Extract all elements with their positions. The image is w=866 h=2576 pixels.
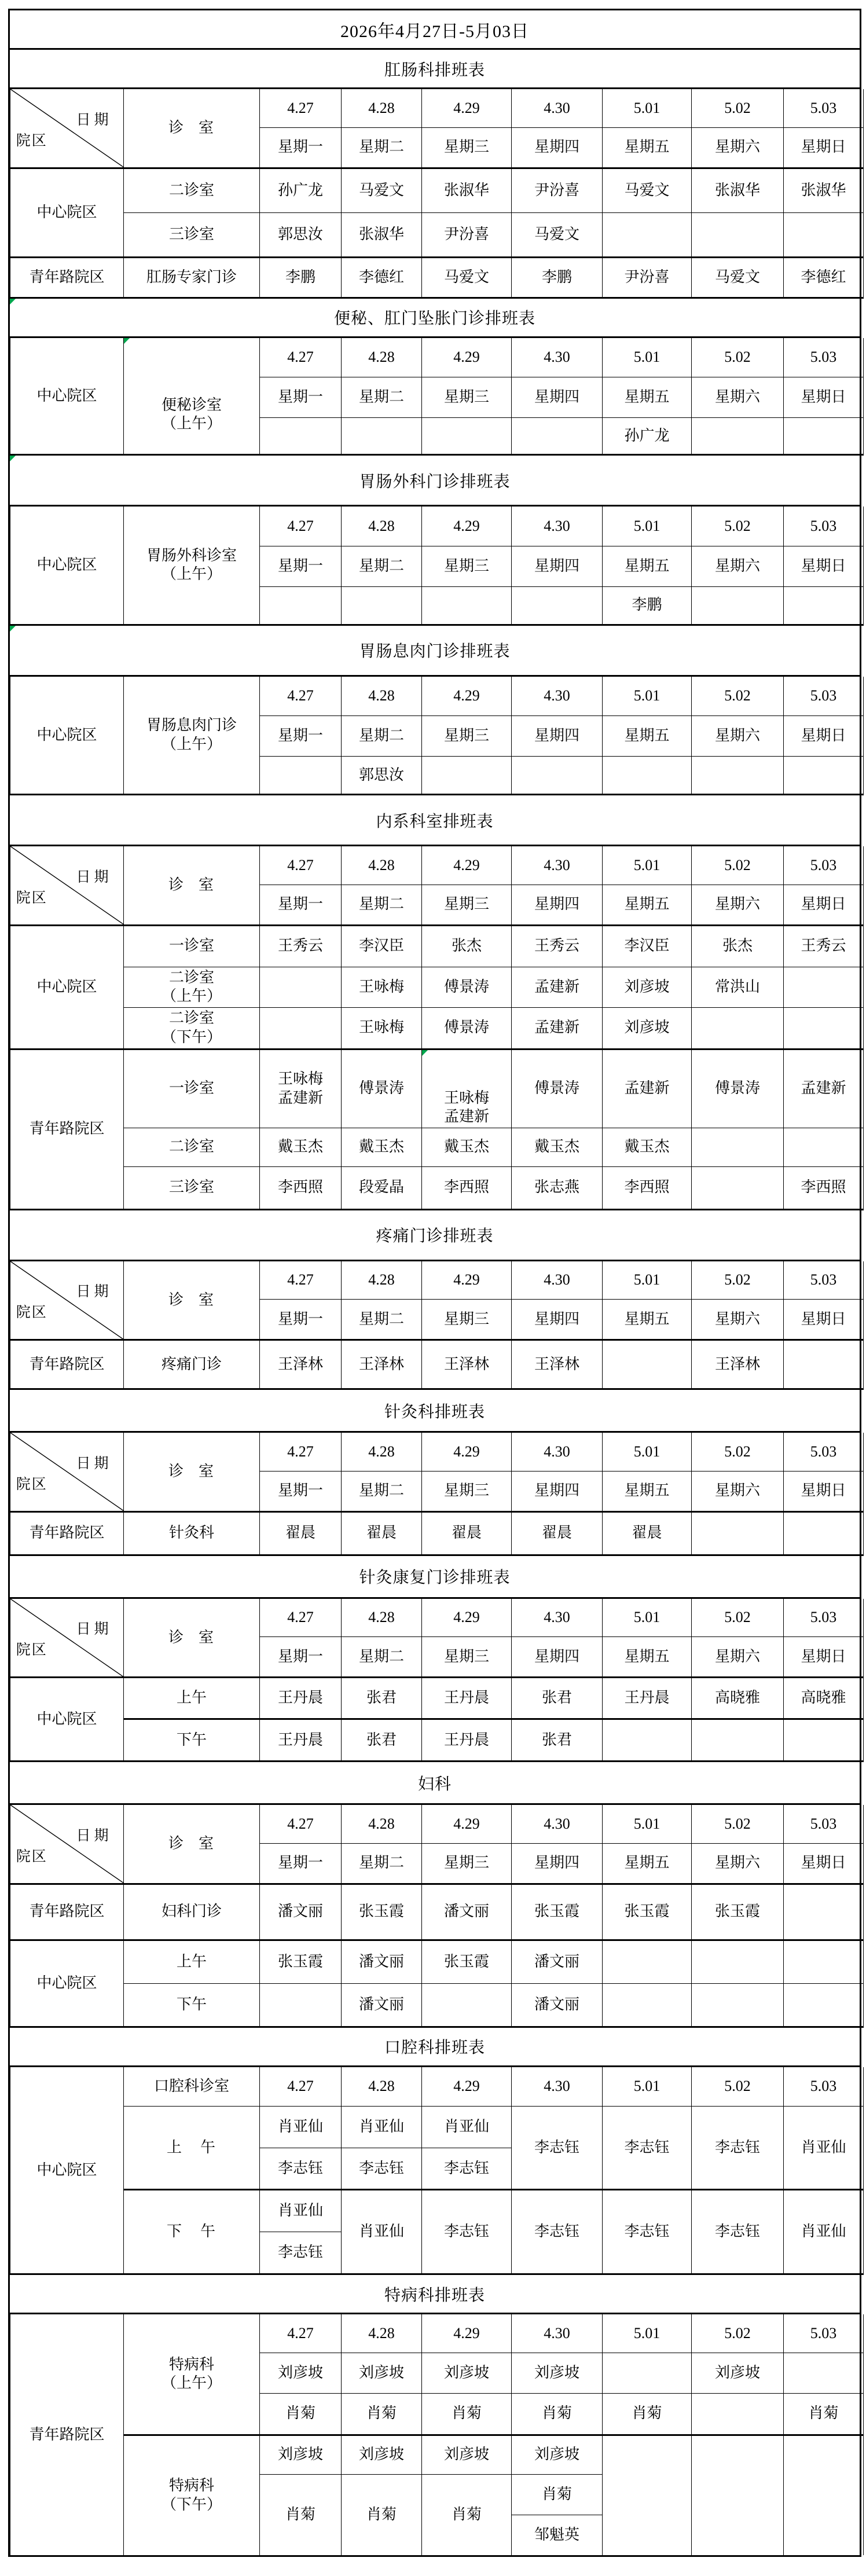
schedule-cell: 李汉臣 xyxy=(603,925,692,967)
schedule-cell xyxy=(784,1007,864,1049)
date-header-cell: 5.03 xyxy=(784,507,864,546)
schedule-cell: 刘彦坡 xyxy=(422,2435,512,2474)
weekday-header-cell: 星期六 xyxy=(692,1300,784,1340)
weekday-header-cell: 星期二 xyxy=(342,1471,422,1511)
schedule-cell: 王咏梅 xyxy=(342,967,422,1007)
date-header-cell: 4.28 xyxy=(342,89,422,127)
table-gi-polyp: 中心院区 胃肠息肉门诊 （上午） 4.27 4.28 4.29 4.30 5.0… xyxy=(10,677,864,796)
room-header: 诊室 xyxy=(124,89,260,168)
schedule-cell: 刘彦坡 xyxy=(603,1007,692,1049)
schedule-cell: 孟建新 xyxy=(784,1049,864,1128)
schedule-cell: 李鹏 xyxy=(260,257,342,298)
schedule-sheet: 2026年4月27日-5月03日 肛肠科排班表 日期 院区 诊室 4.27 4.… xyxy=(8,9,861,2557)
schedule-cell: 肖亚仙 xyxy=(784,2107,864,2190)
date-header-cell: 4.29 xyxy=(422,338,512,377)
date-header-cell: 4.28 xyxy=(342,677,422,716)
schedule-cell: 王咏梅 孟建新 xyxy=(422,1049,512,1128)
campus-date-diagonal-cell: 日期 院区 xyxy=(10,1805,124,1884)
schedule-cell xyxy=(603,757,692,795)
weekday-header-cell: 星期五 xyxy=(603,1843,692,1884)
schedule-cell: 张淑华 xyxy=(784,168,864,212)
weekday-header-cell: 星期二 xyxy=(342,377,422,418)
date-header-cell: 4.28 xyxy=(342,2067,422,2107)
date-header-cell: 4.29 xyxy=(422,846,512,885)
weekday-header-cell: 星期六 xyxy=(692,885,784,925)
schedule-cell: 孙广龙 xyxy=(260,168,342,212)
schedule-cell: 邹魁英 xyxy=(512,2515,603,2555)
schedule-cell: 李汉臣 xyxy=(342,925,422,967)
date-header-cell: 4.30 xyxy=(512,507,603,546)
date-header-cell: 4.30 xyxy=(512,677,603,716)
schedule-cell: 王丹晨 xyxy=(260,1719,342,1762)
section-title-acupuncture: 针灸科排班表 xyxy=(10,1390,860,1433)
room-header: 诊室 xyxy=(124,846,260,925)
section-title-special-disease: 特病科排班表 xyxy=(10,2275,860,2314)
date-header-cell: 5.01 xyxy=(603,1261,692,1300)
schedule-cell: 肖亚仙 xyxy=(260,2190,342,2232)
date-header-cell: 4.30 xyxy=(512,1433,603,1471)
weekday-header-cell: 星期五 xyxy=(603,716,692,757)
weekday-header-cell: 星期一 xyxy=(260,377,342,418)
schedule-cell: 潘文丽 xyxy=(342,1983,422,2027)
schedule-cell: 肖亚仙 xyxy=(784,2190,864,2274)
schedule-cell: 傅景涛 xyxy=(512,1049,603,1128)
campus-diagonal-label: 院区 xyxy=(16,132,47,150)
schedule-cell: 李志钰 xyxy=(260,2232,342,2274)
schedule-cell xyxy=(603,1719,692,1762)
date-header-cell: 5.02 xyxy=(692,2067,784,2107)
weekday-header-cell: 星期二 xyxy=(342,1300,422,1340)
date-header-cell: 5.01 xyxy=(603,89,692,127)
schedule-cell: 肖菊 xyxy=(342,2474,422,2555)
section-title-text: 胃肠息肉门诊排班表 xyxy=(359,639,510,662)
schedule-cell xyxy=(342,586,422,625)
schedule-cell xyxy=(512,586,603,625)
weekday-header-cell: 星期三 xyxy=(422,546,512,586)
date-header-cell: 4.29 xyxy=(422,1599,512,1637)
date-header-cell: 4.27 xyxy=(260,507,342,546)
schedule-cell xyxy=(784,1340,864,1389)
schedule-cell xyxy=(784,1940,864,1983)
schedule-cell: 张杰 xyxy=(692,925,784,967)
section-title-gi-polyp: 胃肠息肉门诊排班表 xyxy=(10,626,860,677)
room-label-cell: 肛肠专家门诊 xyxy=(124,257,260,298)
room-label-cell: 二诊室 xyxy=(124,168,260,212)
schedule-cell xyxy=(422,757,512,795)
schedule-cell xyxy=(784,2435,864,2555)
room-label-cell: 三诊室 xyxy=(124,212,260,257)
room-label-cell: 二诊室 （下午） xyxy=(124,1007,260,1049)
room-label-cell: 下午 xyxy=(124,1719,260,1762)
schedule-cell: 孟建新 xyxy=(512,1007,603,1049)
schedule-cell xyxy=(692,1007,784,1049)
schedule-cell xyxy=(692,2393,784,2435)
schedule-cell xyxy=(692,1128,784,1166)
schedule-cell: 刘彦坡 xyxy=(422,2353,512,2393)
schedule-cell: 张君 xyxy=(512,1719,603,1762)
schedule-cell xyxy=(692,757,784,795)
schedule-cell: 李西照 xyxy=(603,1166,692,1209)
room-label-cell: 下午 xyxy=(124,2190,260,2274)
room-label-cell: 上午 xyxy=(124,2107,260,2190)
weekday-header-cell: 星期三 xyxy=(422,1300,512,1340)
schedule-cell: 刘彦坡 xyxy=(260,2353,342,2393)
date-header-cell: 4.29 xyxy=(422,1261,512,1300)
schedule-cell: 王泽林 xyxy=(692,1340,784,1389)
room-label-cell: 胃肠息肉门诊 （上午） xyxy=(124,677,260,795)
schedule-cell: 李西照 xyxy=(784,1166,864,1209)
date-header-cell: 5.02 xyxy=(692,1261,784,1300)
schedule-cell: 张志燕 xyxy=(512,1166,603,1209)
schedule-cell: 王咏梅 xyxy=(342,1007,422,1049)
weekday-header-cell: 星期一 xyxy=(260,885,342,925)
date-diagonal-label: 日期 xyxy=(76,1455,112,1473)
weekday-header-cell: 星期五 xyxy=(603,1637,692,1678)
room-label-cell: 二诊室 （上午） xyxy=(124,967,260,1007)
room-label-cell: 上午 xyxy=(124,1678,260,1719)
date-header-cell: 4.27 xyxy=(260,89,342,127)
schedule-cell: 翟晨 xyxy=(603,1511,692,1555)
schedule-cell: 张淑华 xyxy=(422,168,512,212)
date-header-cell: 4.30 xyxy=(512,338,603,377)
schedule-cell: 刘彦坡 xyxy=(603,967,692,1007)
schedule-cell: 潘文丽 xyxy=(512,1983,603,2027)
schedule-cell: 李鹏 xyxy=(512,257,603,298)
weekday-header-cell: 星期六 xyxy=(692,377,784,418)
schedule-cell: 王丹晨 xyxy=(603,1678,692,1719)
schedule-cell xyxy=(784,1128,864,1166)
weekday-header-cell: 星期日 xyxy=(784,1471,864,1511)
schedule-cell: 刘彦坡 xyxy=(512,2353,603,2393)
schedule-cell: 张杰 xyxy=(422,925,512,967)
schedule-cell: 李志钰 xyxy=(692,2190,784,2274)
weekday-header-cell: 星期四 xyxy=(512,885,603,925)
schedule-cell: 戴玉杰 xyxy=(603,1128,692,1166)
date-header-cell: 5.02 xyxy=(692,338,784,377)
schedule-cell: 郭思汝 xyxy=(342,757,422,795)
date-header-cell: 4.29 xyxy=(422,1805,512,1843)
schedule-cell: 王秀云 xyxy=(512,925,603,967)
weekday-header-cell: 星期六 xyxy=(692,716,784,757)
schedule-cell xyxy=(784,1719,864,1762)
campus-cell: 中心院区 xyxy=(10,338,124,455)
date-header-cell: 4.29 xyxy=(422,1433,512,1471)
date-header-cell: 5.02 xyxy=(692,2314,784,2353)
schedule-cell: 王咏梅 孟建新 xyxy=(260,1049,342,1128)
schedule-cell: 翟晨 xyxy=(342,1511,422,1555)
weekday-header-cell: 星期日 xyxy=(784,1843,864,1884)
schedule-cell: 肖菊 xyxy=(512,2474,603,2515)
schedule-cell xyxy=(260,1007,342,1049)
weekday-header-cell: 星期二 xyxy=(342,1637,422,1678)
campus-cell: 中心院区 xyxy=(10,925,124,1049)
date-header-cell: 5.01 xyxy=(603,1433,692,1471)
schedule-cell: 戴玉杰 xyxy=(260,1128,342,1166)
weekday-header-cell: 星期六 xyxy=(692,1843,784,1884)
schedule-cell: 马爱文 xyxy=(603,168,692,212)
schedule-cell: 孟建新 xyxy=(512,967,603,1007)
weekday-header-cell: 星期六 xyxy=(692,127,784,168)
table-gynecology: 日期 院区 诊室 4.27 4.28 4.29 4.30 5.01 5.02 5… xyxy=(10,1805,864,2028)
schedule-cell: 傅景涛 xyxy=(422,1007,512,1049)
section-title-pain: 疼痛门诊排班表 xyxy=(10,1210,860,1261)
schedule-cell xyxy=(784,212,864,257)
date-header-cell: 4.28 xyxy=(342,1261,422,1300)
weekday-header-cell: 星期五 xyxy=(603,546,692,586)
schedule-cell xyxy=(260,586,342,625)
schedule-cell: 李德红 xyxy=(342,257,422,298)
date-header-cell: 5.03 xyxy=(784,677,864,716)
schedule-cell: 张君 xyxy=(512,1678,603,1719)
schedule-cell xyxy=(603,2353,692,2393)
schedule-cell xyxy=(260,1983,342,2027)
schedule-cell xyxy=(692,1511,784,1555)
schedule-cell: 李志钰 xyxy=(512,2190,603,2274)
schedule-cell xyxy=(784,418,864,455)
date-header-cell: 4.27 xyxy=(260,1805,342,1843)
date-header-cell: 5.03 xyxy=(784,1433,864,1471)
schedule-cell xyxy=(422,1983,512,2027)
schedule-cell: 张玉霞 xyxy=(422,1940,512,1983)
table-special-disease: 青年路院区 特病科 （上午） 4.27 4.28 4.29 4.30 5.01 … xyxy=(10,2314,864,2555)
error-marker-icon xyxy=(10,626,16,632)
room-header: 诊室 xyxy=(124,1433,260,1511)
schedule-cell xyxy=(692,212,784,257)
section-title-dental: 口腔科排班表 xyxy=(10,2028,860,2067)
weekday-header-cell: 星期日 xyxy=(784,127,864,168)
schedule-cell xyxy=(260,418,342,455)
schedule-cell: 刘彦坡 xyxy=(512,2435,603,2474)
schedule-cell: 尹汾喜 xyxy=(422,212,512,257)
date-header-cell: 4.28 xyxy=(342,1599,422,1637)
campus-date-diagonal-cell: 日期 院区 xyxy=(10,1599,124,1678)
schedule-cell xyxy=(603,212,692,257)
schedule-cell: 肖菊 xyxy=(512,2393,603,2435)
schedule-cell: 李志钰 xyxy=(342,2148,422,2190)
error-marker-icon xyxy=(422,1050,428,1056)
table-anorectal: 日期 院区 诊室 4.27 4.28 4.29 4.30 5.01 5.02 5… xyxy=(10,89,864,299)
schedule-cell xyxy=(784,967,864,1007)
weekday-header-cell: 星期一 xyxy=(260,546,342,586)
schedule-cell: 张玉霞 xyxy=(342,1884,422,1940)
schedule-cell: 马爱文 xyxy=(422,257,512,298)
section-title-acu-rehab: 针灸康复门诊排班表 xyxy=(10,1556,860,1599)
schedule-cell: 王秀云 xyxy=(784,925,864,967)
schedule-cell xyxy=(692,1983,784,2027)
weekday-header-cell: 星期二 xyxy=(342,127,422,168)
date-header-cell: 4.30 xyxy=(512,1599,603,1637)
section-title-text: 胃肠外科门诊排班表 xyxy=(359,469,510,492)
date-header-cell: 5.02 xyxy=(692,1433,784,1471)
weekday-header-cell: 星期三 xyxy=(422,1843,512,1884)
date-header-cell: 4.27 xyxy=(260,338,342,377)
date-header-cell: 4.30 xyxy=(512,2314,603,2353)
schedule-cell: 肖菊 xyxy=(784,2393,864,2435)
schedule-cell: 张君 xyxy=(342,1678,422,1719)
room-label-text: 便秘诊室 （上午） xyxy=(162,397,222,432)
schedule-cell xyxy=(784,586,864,625)
date-diagonal-label: 日期 xyxy=(76,868,112,886)
schedule-cell: 孟建新 xyxy=(603,1049,692,1128)
date-header-cell: 5.03 xyxy=(784,1261,864,1300)
schedule-cell: 马爱文 xyxy=(342,168,422,212)
weekday-header-cell: 星期二 xyxy=(342,885,422,925)
weekday-header-cell: 星期日 xyxy=(784,1300,864,1340)
room-label-cell: 上午 xyxy=(124,1940,260,1983)
date-diagonal-label: 日期 xyxy=(76,1283,112,1301)
schedule-cell: 王丹晨 xyxy=(422,1719,512,1762)
schedule-cell xyxy=(603,1983,692,2027)
date-header-cell: 4.30 xyxy=(512,89,603,127)
weekday-header-cell: 星期六 xyxy=(692,546,784,586)
schedule-cell xyxy=(784,1983,864,2027)
room-label-cell: 胃肠外科诊室 （上午） xyxy=(124,507,260,625)
date-header-cell: 5.03 xyxy=(784,2314,864,2353)
campus-diagonal-label: 院区 xyxy=(16,1641,47,1659)
schedule-cell xyxy=(260,757,342,795)
room-label-cell: 二诊室 xyxy=(124,1128,260,1166)
weekday-header-cell: 星期二 xyxy=(342,546,422,586)
date-diagonal-label: 日期 xyxy=(76,1827,112,1845)
schedule-cell: 张玉霞 xyxy=(512,1884,603,1940)
campus-diagonal-label: 院区 xyxy=(16,1476,47,1494)
schedule-cell: 高晓雅 xyxy=(692,1678,784,1719)
schedule-cell: 肖亚仙 xyxy=(260,2107,342,2148)
weekday-header-cell: 星期四 xyxy=(512,716,603,757)
weekday-header-cell: 星期二 xyxy=(342,716,422,757)
room-label-cell: 特病科 （上午） xyxy=(124,2314,260,2435)
campus-cell: 中心院区 xyxy=(10,677,124,795)
date-header-cell: 5.01 xyxy=(603,677,692,716)
table-acu-rehab: 日期 院区 诊室 4.27 4.28 4.29 4.30 5.01 5.02 5… xyxy=(10,1599,864,1763)
campus-cell: 中心院区 xyxy=(10,1678,124,1762)
date-header-cell: 5.01 xyxy=(603,2067,692,2107)
date-header-cell: 5.02 xyxy=(692,677,784,716)
date-header-cell: 4.29 xyxy=(422,2067,512,2107)
schedule-cell: 李志钰 xyxy=(260,2148,342,2190)
schedule-cell xyxy=(342,418,422,455)
date-header-cell: 5.01 xyxy=(603,338,692,377)
room-label-cell: 妇科门诊 xyxy=(124,1884,260,1940)
weekday-header-cell: 星期日 xyxy=(784,377,864,418)
schedule-cell xyxy=(603,1940,692,1983)
schedule-cell: 常洪山 xyxy=(692,967,784,1007)
weekday-header-cell: 星期一 xyxy=(260,716,342,757)
weekday-header-cell: 星期日 xyxy=(784,885,864,925)
schedule-cell: 刘彦坡 xyxy=(342,2435,422,2474)
weekday-header-cell: 星期四 xyxy=(512,127,603,168)
schedule-cell: 李志钰 xyxy=(422,2190,512,2274)
schedule-cell: 张淑华 xyxy=(692,168,784,212)
schedule-cell: 王泽林 xyxy=(342,1340,422,1389)
weekday-header-cell: 星期六 xyxy=(692,1637,784,1678)
schedule-cell xyxy=(784,757,864,795)
schedule-cell xyxy=(512,757,603,795)
campus-diagonal-label: 院区 xyxy=(16,1304,47,1322)
campus-diagonal-label: 院区 xyxy=(16,1848,47,1866)
weekday-header-cell: 星期三 xyxy=(422,127,512,168)
date-header-cell: 4.30 xyxy=(512,1805,603,1843)
schedule-cell: 肖亚仙 xyxy=(422,2107,512,2148)
weekday-header-cell: 星期三 xyxy=(422,1471,512,1511)
table-constipation: 中心院区 便秘诊室 （上午） 4.27 4.28 4.29 4.30 5.01 … xyxy=(10,338,864,456)
schedule-cell: 马爱文 xyxy=(512,212,603,257)
campus-cell: 青年路院区 xyxy=(10,257,124,298)
weekday-header-cell: 星期日 xyxy=(784,546,864,586)
section-title-gi-surgery: 胃肠外科门诊排班表 xyxy=(10,456,860,507)
room-header: 诊室 xyxy=(124,1599,260,1678)
section-title-constipation: 便秘、肛门坠胀门诊排班表 xyxy=(10,299,860,338)
date-header-cell: 4.29 xyxy=(422,507,512,546)
weekday-header-cell: 星期五 xyxy=(603,127,692,168)
weekday-header-cell: 星期一 xyxy=(260,1300,342,1340)
date-header-cell: 4.28 xyxy=(342,338,422,377)
weekday-header-cell: 星期三 xyxy=(422,377,512,418)
date-header-cell: 4.28 xyxy=(342,2314,422,2353)
schedule-cell: 肖菊 xyxy=(260,2474,342,2555)
date-header-cell: 5.02 xyxy=(692,507,784,546)
campus-date-diagonal-cell: 日期 院区 xyxy=(10,89,124,168)
schedule-cell xyxy=(692,1719,784,1762)
error-marker-icon xyxy=(124,338,130,344)
campus-date-diagonal-cell: 日期 院区 xyxy=(10,846,124,925)
date-header-cell: 4.27 xyxy=(260,2314,342,2353)
date-header-cell: 4.28 xyxy=(342,1433,422,1471)
room-label-cell: 一诊室 xyxy=(124,925,260,967)
schedule-cell: 李鹏 xyxy=(603,586,692,625)
schedule-cell: 傅景涛 xyxy=(422,967,512,1007)
schedule-cell: 肖亚仙 xyxy=(342,2190,422,2274)
date-header-cell: 4.27 xyxy=(260,1433,342,1471)
schedule-cell: 王丹晨 xyxy=(422,1678,512,1719)
date-diagonal-label: 日期 xyxy=(76,111,112,129)
section-title-gynecology: 妇科 xyxy=(10,1762,860,1805)
schedule-cell: 尹汾喜 xyxy=(512,168,603,212)
date-header-cell: 4.27 xyxy=(260,677,342,716)
schedule-cell: 王秀云 xyxy=(260,925,342,967)
schedule-cell: 李西照 xyxy=(422,1166,512,1209)
section-title-anorectal: 肛肠科排班表 xyxy=(10,50,860,89)
weekday-header-cell: 星期四 xyxy=(512,377,603,418)
schedule-cell xyxy=(692,1166,784,1209)
schedule-cell: 刘彦坡 xyxy=(342,2353,422,2393)
schedule-cell: 傅景涛 xyxy=(692,1049,784,1128)
campus-cell: 青年路院区 xyxy=(10,1884,124,1940)
schedule-cell: 高晓雅 xyxy=(784,1678,864,1719)
schedule-cell: 肖亚仙 xyxy=(342,2107,422,2148)
schedule-cell xyxy=(692,1940,784,1983)
section-title-text: 便秘、肛门坠胀门诊排班表 xyxy=(334,306,535,329)
schedule-cell: 王泽林 xyxy=(512,1340,603,1389)
date-header-cell: 4.27 xyxy=(260,1599,342,1637)
room-header: 诊室 xyxy=(124,1261,260,1340)
weekday-header-cell: 星期五 xyxy=(603,377,692,418)
date-header-cell: 4.29 xyxy=(422,89,512,127)
table-internal: 日期 院区 诊室 4.27 4.28 4.29 4.30 5.01 5.02 5… xyxy=(10,846,864,1210)
date-header-cell: 4.28 xyxy=(342,1805,422,1843)
schedule-cell: 段爱晶 xyxy=(342,1166,422,1209)
date-header-cell: 5.01 xyxy=(603,1805,692,1843)
room-label-cell: 针灸科 xyxy=(124,1511,260,1555)
weekday-header-cell: 星期一 xyxy=(260,127,342,168)
section-title-internal: 内系科室排班表 xyxy=(10,795,860,846)
weekday-header-cell: 星期四 xyxy=(512,1843,603,1884)
campus-cell: 中心院区 xyxy=(10,2067,124,2274)
schedule-cell: 张淑华 xyxy=(342,212,422,257)
schedule-cell xyxy=(784,2353,864,2393)
error-marker-icon xyxy=(10,299,16,304)
date-header-cell: 4.27 xyxy=(260,2067,342,2107)
